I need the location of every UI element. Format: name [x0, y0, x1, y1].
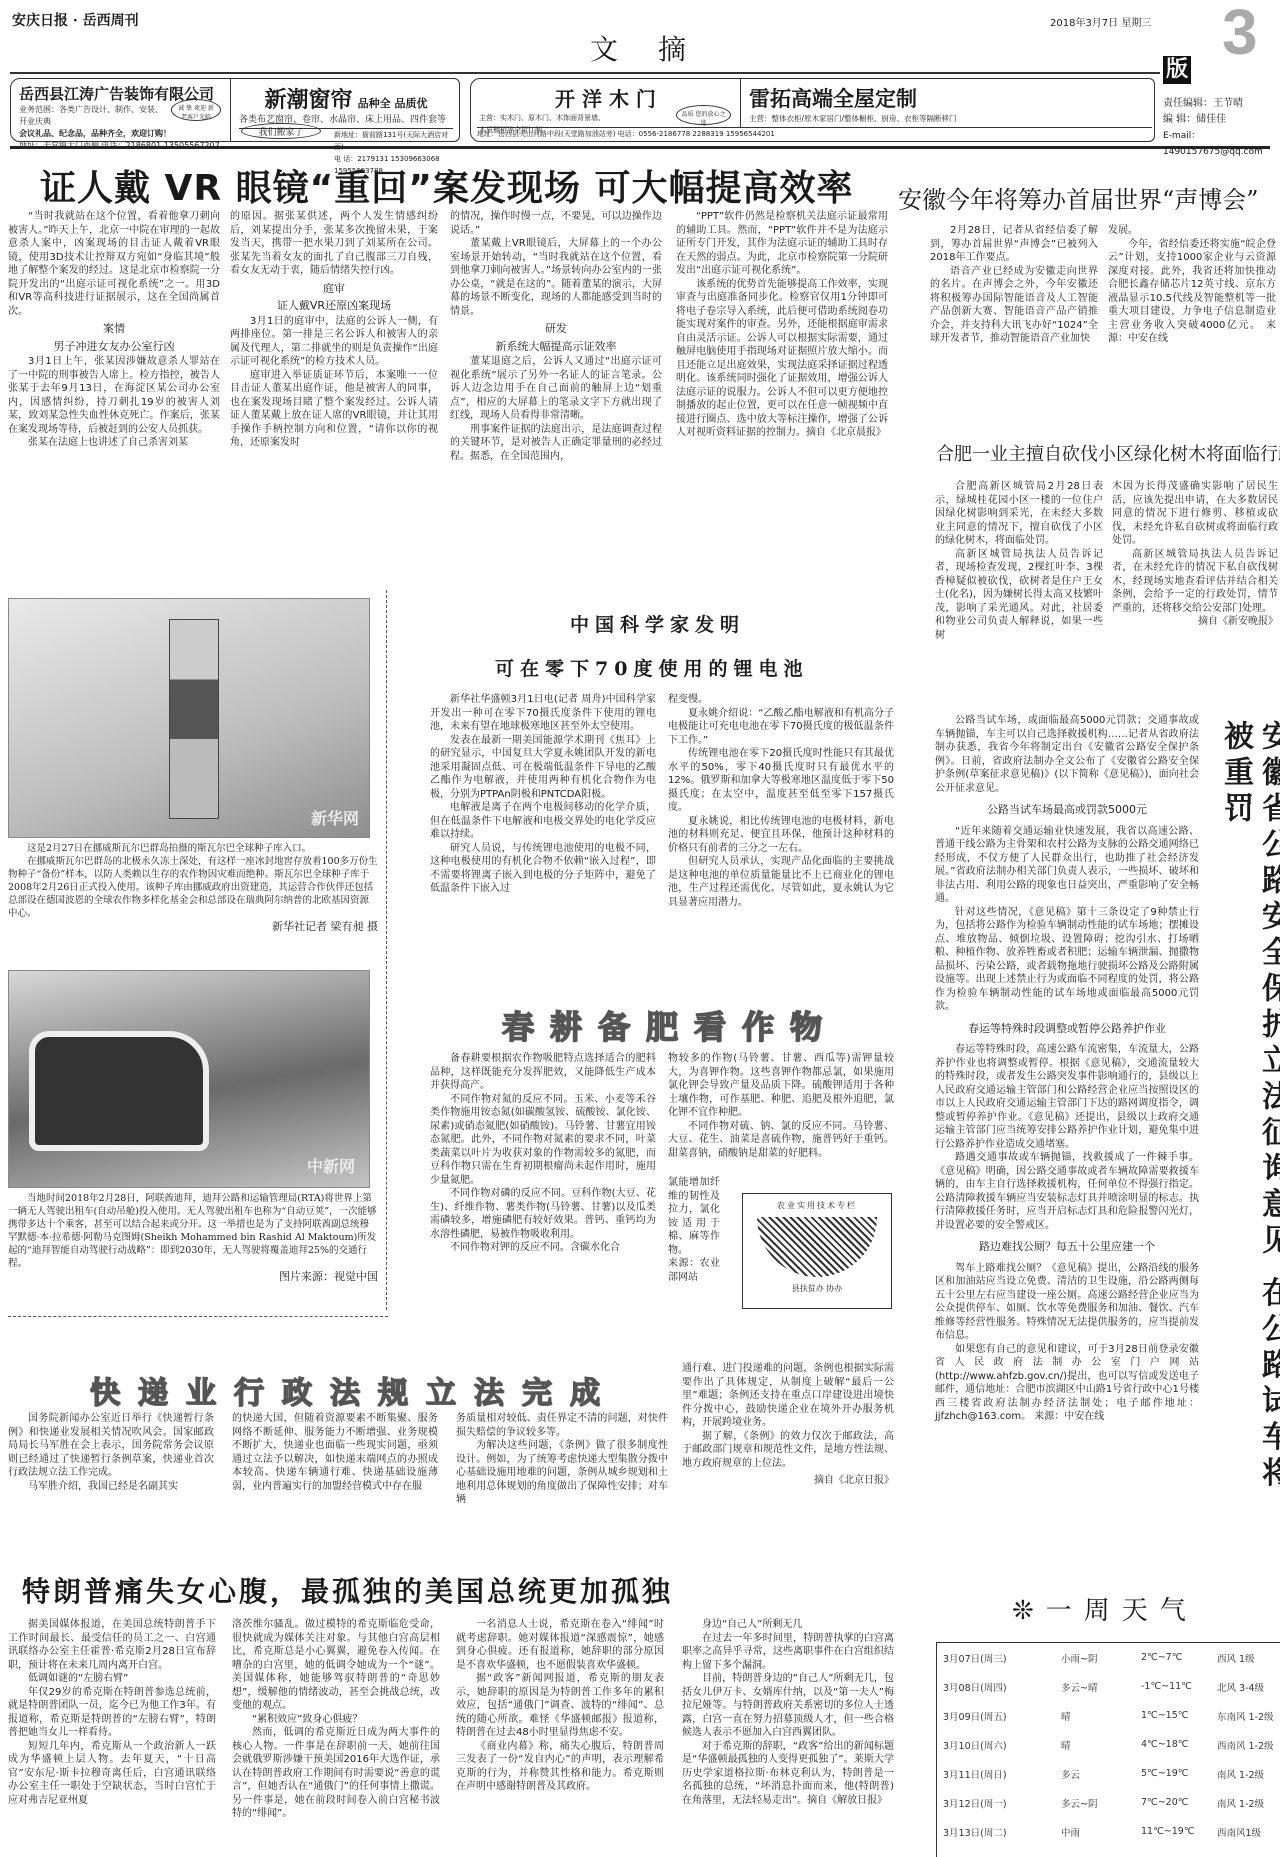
paragraph: 不同作物对氮的反应不同。玉米、小麦等禾谷类作物施用铵态氮(如碳酸氢铵、硫酸铵、氯… [430, 1093, 656, 1188]
seed-vault-caption: 这是2月27日在挪威斯瓦尔巴群岛拍摄的斯瓦尔巴全球种子库入口。 在挪威斯瓦尔巴群… [8, 842, 378, 933]
trump-col-4: 身边“自己人”所剩无几 在过去一年多时间里，特朗普执掌的白宫离职率之高异乎寻常，… [682, 1618, 894, 1807]
paragraph: 刑事案件证据的法庭出示，是法庭调查过程的关键环节，是对被告人正确定罪量刑的必经过… [450, 423, 662, 464]
page-number: 3 [1222, 0, 1258, 64]
vr-col-1: “当时我就站在这个位置，看着他拿刀刺向被害人。”昨天上午，北京一中院在审理的一起… [8, 210, 220, 450]
paragraph: 程变慢。 [668, 693, 894, 707]
paragraph: 据美国媒体报道，在美国总统特朗普手下工作时间最长、最受信任的员工之一、白宫通讯联… [8, 1618, 216, 1672]
paragraph: 高新区城管局执法人员告诉记者，现场检查发现，2棵红叶李、3棵香樟疑似被砍伐，砍树… [935, 548, 1103, 643]
caption-text: 这是2月27日在挪威斯瓦尔巴群岛拍摄的斯瓦尔巴全球种子库入口。 [8, 842, 378, 855]
subhead: 证人戴VR还原凶案现场 [230, 299, 438, 313]
weather-row: 3月08日(周四)多云~晴-1℃~11℃北风 3-4级 [937, 1672, 1274, 1701]
seed-vault-photo: 新华网 [8, 598, 370, 838]
paragraph: 合肥高新区城管局2月28日表示，绿城桂花园小区一楼的一位住户因绿化树影响到采光，… [935, 480, 1103, 548]
fertilizer-col-2b: 氯能增加纤维的韧性及拉力，氯化铵适用于棉、麻等作物。 来源：农业部网站 [668, 1176, 720, 1284]
battery-col-1: 新华社华盛顿3月1日电(记者 周舟)中国科学家开发出一种可在零下70摄氏度条件下… [430, 693, 656, 896]
speech-bubble: 我们搬家了 [241, 123, 321, 139]
paragraph: 发展。 [1108, 224, 1276, 238]
paragraph: 不同作物对硫、钠、氯的反应不同。马铃薯、大豆、花生、油菜是喜硫作物，施普钙好于重… [668, 1120, 894, 1161]
battery-title-1: 中国科学家发明 [570, 610, 745, 637]
paragraph: 据“政客”新闻网报道，希克斯的朋友表示，她辞职的原因是为特朗普工作多年的累积效应… [456, 1672, 664, 1740]
road-vertical-headline: 安徽省公路安全保护立法征询意见 在公路试车将被重罚 [1216, 720, 1280, 1520]
road-article-body: 公路当试车场，或面临最高5000元罚款；交通事故或车辆抛锚，车主可以自己选择救援… [935, 714, 1199, 1424]
weather-table: 3月07日(周三)小雨~阴2℃~7℃西风 1级 3月08日(周四)多云~晴-1℃… [937, 1643, 1274, 1846]
subhead: 研发 [450, 322, 662, 336]
paragraph: 夏永姚说，相比传统锂电池的电极材料，新电池的材料则充足、便宜且环保，他预计这种材… [668, 815, 894, 856]
trump-col-2: 洛茨维尔骚乱。做过模特的希克斯临危受命，很快就成为媒体关注对象。与其他白宫高层相… [232, 1618, 440, 1821]
fertilizer-col-2: 物较多的作物(马铃薯、甘薯、西瓜等)需钾量较大，为喜钾作物。这些喜钾作物都忌氯，… [668, 1052, 894, 1160]
paragraph: 公路当试车场，或面临最高5000元罚款；交通事故或车辆抛锚，车主可以自己选择救援… [935, 714, 1199, 795]
speech-bubble: 诚 挚 欢迎 新 老客户光临 [171, 99, 221, 121]
agri-column-logo: 农业实用技术专栏 县扶贫办 协办 [742, 1193, 892, 1309]
speech-bubble: 品质 您的放心之选 [676, 105, 731, 125]
paragraph: 目前，特朗普身边的“自己人”所剩无几，包括女儿伊万卡、女婿库什纳，以及“第一夫人… [682, 1672, 894, 1740]
paragraph: 高新区城管局执法人员告诉记者，在未经允许的情况下私自砍伐树木，经现场实地查看评估… [1112, 548, 1278, 616]
paragraph: 对于希克斯的辞职，“政客”给出的新闻标题是“华盛顿最孤独的人变得更孤独了”。莱斯… [682, 1740, 894, 1808]
paragraph: 马军胜介绍，我国已经是名副其实 [8, 1480, 214, 1494]
photo-credit: 新华社记者 梁有昶 摄 [8, 920, 378, 933]
masthead-rule [10, 72, 1160, 74]
pod-caption: 当地时间2018年2月28日，阿联酋迪拜，迪拜公路和运输管理局(RTA)将世界上… [8, 1192, 378, 1283]
fertilizer-col-1: 备春耕要根据农作物吸肥特点选择适合的肥料品种，这样既能充分发挥肥效，又能降低生产… [430, 1052, 656, 1255]
subhead: “累积效应”致身心俱疲？ [232, 1713, 440, 1727]
paragraph: “近年来随着交通运输业快速发展，我省以高速公路、普通干线公路为主骨架和农村公路为… [935, 825, 1199, 906]
ad-address: 地址：岳西县天山河路中段(天堂路加油站旁) 电话：0556-2186778 22… [477, 127, 1152, 140]
vault-entrance-shape [169, 619, 219, 819]
weather-row: 3月13日(周二)中雨11℃~19℃西南风1级 [937, 1817, 1274, 1846]
paragraph: 研究人员说，与传统锂电池使用的电极不同，这种电极使用的有机化合物不依赖“嵌入过程… [430, 842, 656, 896]
farm-scene-illustration [757, 1217, 877, 1277]
subhead: 新系统大幅提高示证效率 [450, 340, 662, 354]
ad-strip-rule [10, 146, 1270, 149]
express-col-1: 国务院新闻办公室近日举行《快递暂行条例》和快递业发展相关情况吹风会。国家邮政局局… [8, 1412, 214, 1493]
caption-text: 在挪威斯瓦尔巴群岛的北极永久冻土深处，有这样一座冰封地窖存放着100多万份生物种… [8, 855, 378, 920]
ad-box-right: 开 洋 木 门 主营：实木门、原木门、木饰面背景墙、 木质橱柜等全屋订制 品质 … [470, 78, 1155, 142]
box-footer: 县扶贫办 协办 [743, 1283, 891, 1294]
paragraph: 然而，低调的希克斯近日成为两大事件的核心人物。一件事是在辞职前一天，她前往国会就… [232, 1726, 440, 1821]
fertilizer-title: 春耕备肥看作物 [502, 1002, 838, 1048]
battery-col-2: 程变慢。 夏永姚介绍说：“乙酸乙酯电解液和有机高分子电极能让可充电电池在零下70… [668, 693, 894, 909]
weather-table-box: 3月07日(周三)小雨~阴2℃~7℃西风 1级 3月08日(周四)多云~晴-1℃… [936, 1642, 1280, 1857]
paragraph: 不同作物对钾的反应不同。含碳水化合 [430, 1241, 656, 1255]
source: 来源：农业部网站 [668, 1257, 720, 1284]
watermark: 新华网 [311, 806, 359, 829]
paragraph: “PPT”软件仍然是检察机关法庭示证最常用的辅助工具。然而，“PPT”软件并不是… [676, 210, 888, 278]
express-col-2: 的快递大国，但随着资源要素不断集聚、服务网络不断延伸、服务能力不断增强、业务规模… [232, 1412, 438, 1493]
express-col-4: 通行难、进门投递难的问题，条例也根据实际需要作出了具体规定，从制度上破解“最后一… [682, 1362, 894, 1488]
vr-headline: 证人戴 VR 眼镜“重回”案发现场 可大幅提高效率 [40, 160, 854, 211]
trump-col-3: 一名消息人士说，希克斯在卷入“绯闻”时就考虑辞职。她对媒体报道“深感震惊”，她感… [456, 1618, 664, 1794]
box-title: 农业实用技术专栏 [743, 1200, 891, 1211]
trump-headline: 特朗普痛失女心腹，最孤独的美国总统更加孤独 [22, 1570, 673, 1610]
subhead: 庭审 [230, 282, 438, 296]
paragraph: 不同作物对磷的反应不同。豆科作物(大豆、花生)、纤维作物、薯类作物(马铃薯、甘薯… [430, 1187, 656, 1241]
ad-xinchao: 新潮窗帘 品种全 品质优 各类布艺窗帘、卷帘、水晶帘、床上用品、四件套等 我们搬… [231, 79, 461, 141]
paragraph: 3月1日上午，张某因涉嫌故意杀人罪站在了一中院的刑事被告人席上。检方指控，被告人… [8, 355, 220, 436]
ad-kaiyang: 开 洋 木 门 主营：实木门、原木门、木饰面背景墙、 木质橱柜等全屋订制 品质 … [471, 79, 741, 127]
voice-col-2: 发展。 今年，省经信委还将实施“皖企登云”计划，支持1000家企业与云资源深度对… [1108, 224, 1276, 346]
paragraph: 针对这些情况，《意见稿》第十三条设定了9种禁止行为，包括将公路作为检验车辆制动性… [935, 906, 1199, 1014]
section-title: 文摘 [590, 28, 726, 68]
paragraph: 国务院新闻办公室近日举行《快递暂行条例》和快递业发展相关情况吹风会。国家邮政局局… [8, 1412, 214, 1480]
photo-bottom-divider [8, 1316, 388, 1317]
paragraph: 木因为长得茂盛确实影响了居民生活，应该先提出申请，在大多数居民同意的情况下进行修… [1112, 480, 1278, 548]
editor: 编 辑：储佳佳 [1163, 112, 1280, 128]
weather-row: 3月07日(周三)小雨~阴2℃~7℃西风 1级 [937, 1643, 1274, 1672]
paragraph: 的快递大国，但随着资源要素不断集聚、服务网络不断延伸、服务能力不断增强、业务规模… [232, 1412, 438, 1493]
battery-title-2: 可在零下70度使用的锂电池 [495, 654, 808, 681]
voice-col-1: 2月28日，记者从省经信委了解到，筹办首届世界“声博会”已被列入2018年工作要… [930, 224, 1098, 346]
caption-text: 当地时间2018年2月28日，阿联酋迪拜，迪拜公路和运输管理局(RTA)将世界上… [8, 1192, 378, 1270]
paragraph: 该系统的优势首先能够提高工作效率，实现审查与出庭准备同步化。检察官仅用1分钟即可… [676, 278, 888, 440]
paragraph: 3月1日的庭审中，法庭的公诉人一侧，有两排座位。第一排是三名公诉人和被害人的亲属… [230, 315, 438, 369]
paragraph: 通行难、进门投递难的问题，条例也根据实际需要作出了具体规定，从制度上破解“最后一… [682, 1362, 894, 1430]
weather-row: 3月10日(周六)晴4℃~18℃西南风 1-2级 [937, 1730, 1274, 1759]
paragraph: 发表在最新一期美国能源学术期刊《焦耳》上的研究显示，中国复旦大学夏永姚团队开发的… [430, 734, 656, 802]
subhead: 身边“自己人”所剩无几 [682, 1618, 894, 1632]
paragraph: 但研究人员承认，实现产品化面临的主要挑战是这种电池的单位质量能量比不上已商业化的… [668, 855, 894, 909]
paragraph: 庭审进入举证质证环节后，本案唯一一位目击证人董某出庭作证，他是被害人的同事，也在… [230, 369, 438, 450]
vr-col-2: 的原因。据张某供述，两个人发生情感纠纷后，刘某提出分手，张某多次挽留未果，于案发… [230, 210, 438, 450]
vr-col-4: “PPT”软件仍然是检察机关法庭示证最常用的辅助工具。然而，“PPT”软件并不是… [676, 210, 888, 440]
photo-column-divider [386, 590, 387, 1310]
ad-tag: 品种全 品质优 [358, 97, 428, 110]
snowflake-icon: ❊ [1012, 1596, 1046, 1626]
paragraph: 如果您有自己的意见和建议，可于3月28日前登录安徽省人民政府法制办公室门户网站(… [935, 1343, 1199, 1424]
voice-expo-headline: 安徽今年将筹办首届世界“声博会” [898, 180, 1259, 215]
paragraph: 的原因。据张某供述，两个人发生情感纠纷后，刘某提出分手，张某多次挽留未果，于案发… [230, 210, 438, 278]
editor-in-charge: 责任编辑：王节晴 [1163, 96, 1280, 112]
paragraph: 董某退庭之后，公诉人又通过“出庭示证可视化系统”展示了另外一名证人的证言笔录。公… [450, 355, 662, 423]
ad-title: 雷拓高端全屋定制 [749, 83, 1148, 113]
paragraph: 据了解，《条例》的效力仅次于邮政法，高于邮政部门规章和规范性文件，是地方性法规、… [682, 1430, 894, 1471]
hefei-col-2: 木因为长得茂盛确实影响了居民生活，应该先提出申请，在大多数居民同意的情况下进行修… [1112, 480, 1278, 629]
newspaper-name: 安庆日报 · 岳西周刊 [12, 10, 139, 30]
paragraph: 路遇交通事故或车辆抛锚，找救援成了一件棘手事。《意见稿》明确，因公路交通事故或者… [935, 1151, 1199, 1232]
paragraph: 语音产业已经成为安徽走向世界的名片。在声博会之外，今年安徽还将积极筹办国际智能语… [930, 265, 1098, 346]
paragraph: 短短几年内，希克斯从一个政治新人一跃成为华盛顿上层人物。去年夏天，“十日高官”安… [8, 1740, 216, 1808]
ad-line: 主营：整体衣柜/原木家居门/整体橱柜、厨房、衣柜等隔断移门 [749, 113, 1148, 125]
weather-row: 3月11日(周日)多云5℃~19℃南风 1-2级 [937, 1759, 1274, 1788]
paragraph: 一名消息人士说，希克斯在卷入“绯闻”时就考虑辞职。她对媒体报道“深感震惊”，她感… [456, 1618, 664, 1672]
vr-col-3: 的情况，操作时慢一点，不要晃，可以边操作边说话。” 董某戴上VR眼镜后，大屏幕上… [450, 210, 662, 463]
ad-line: 新地址：衙前路131号(天际大酒店对面) [334, 129, 453, 153]
paragraph: 氯能增加纤维的韧性及拉力，氯化铵适用于棉、麻等作物。 [668, 1176, 720, 1257]
hefei-col-1: 合肥高新区城管局2月28日表示，绿城桂花园小区一楼的一位住户因绿化树影响到采光，… [935, 480, 1103, 642]
paragraph: 为解决这些问题，《条例》做了很多制度性设计。例如，为了统筹考虑快递大型集散分拨中… [456, 1439, 668, 1507]
ad-box-left: 岳西县江涛广告装饰有限公司 业务范围：各类广告设计、制作、安装、开业庆典 会议礼… [10, 78, 460, 142]
ad-title: 新潮窗帘 [265, 87, 353, 113]
paragraph: 新华社华盛顿3月1日电(记者 周舟)中国科学家开发出一种可在零下70摄氏度条件下… [430, 693, 656, 734]
subhead: 男子冲进女友办公室行凶 [8, 340, 220, 354]
subhead: 低调如谜的“左膀右臂” [8, 1672, 216, 1686]
paragraph: 夏永姚介绍说：“乙酸乙酯电解液和有机高分子电极能让可充电电池在零下70摄氏度的极… [668, 707, 894, 748]
paragraph: 在过去一年多时间里，特朗普执掌的白宫离职率之高异乎寻常，这些离职事件在白宫组织结… [682, 1632, 894, 1673]
source: 摘自《新安晚报》 [1112, 615, 1278, 629]
paragraph: 传统锂电池在零下20摄氏度时性能只有其最优水平的50%，零下40摄氏度时只有最优… [668, 747, 894, 815]
subhead: 公路当试车场最高或罚款5000元 [935, 803, 1199, 817]
paragraph: 张某在法庭上也讲述了自己杀害刘某 [8, 436, 220, 450]
weather-heading: ❊一周天气 [1012, 1590, 1198, 1627]
express-col-3: 务质量相对较低、责任界定不清的问题，对快件损失赔偿的争议较多等。 为解决这些问题… [456, 1412, 668, 1507]
paragraph: 2月28日，记者从省经信委了解到，筹办首届世界“声博会”已被列入2018年工作要… [930, 224, 1098, 265]
paragraph: 年仅29岁的希克斯在特朗普参选总统前，就是特朗普团队一员，迄今已为他工作3年。有… [8, 1686, 216, 1740]
paragraph: 春运等特殊时段，高速公路车流密集，车流量大，公路养护作业也将调整或暂停。根据《意… [935, 1043, 1199, 1151]
pod-shape [29, 1031, 209, 1151]
paragraph: 物较多的作物(马铃薯、甘薯、西瓜等)需钾量较大，为喜钾作物。这些喜钾作物都忌氯，… [668, 1052, 894, 1120]
weather-row: 3月12日(周一)多云~阴7℃~20℃南风 1-2级 [937, 1788, 1274, 1817]
hefei-headline: 合肥一业主擅自砍伐小区绿化树木将面临行政处罚 [936, 440, 1280, 466]
subhead: 案情 [8, 322, 220, 336]
ad-leituo: 雷拓高端全屋定制 主营：整体衣柜/原木家居门/整体橱柜、厨房、衣柜等隔断移门 [741, 79, 1156, 127]
paragraph: 《商业内幕》称，痛失心腹后，特朗普周三发表了一份“发自内心”的声明，表示理解希克… [456, 1740, 664, 1794]
subhead: 春运等特殊时段调整或暂停公路养护作业 [935, 1022, 1199, 1036]
autonomous-pod-photo: 中新网 [8, 970, 370, 1188]
subhead: 路边难找公厕？每五十公里应建一个 [935, 1240, 1199, 1254]
editor-email: E-mail：1490157675@qq.com [1163, 128, 1280, 160]
photo-credit: 图片来源：视觉中国 [8, 1270, 378, 1283]
express-title: 快递业行政法规立法完成 [90, 1368, 618, 1412]
paragraph: 洛茨维尔骚乱。做过模特的希克斯临危受命，很快就成为媒体关注对象。与其他白宫高层相… [232, 1618, 440, 1713]
paragraph: 务质量相对较低、责任界定不清的问题，对快件损失赔偿的争议较多等。 [456, 1412, 668, 1439]
trump-col-1: 据美国媒体报道，在美国总统特朗普手下工作时间最长、最受信任的员工之一、白宫通讯联… [8, 1618, 216, 1807]
watermark: 中新网 [307, 1154, 355, 1177]
ad-line: 会议礼品、纪念品，品种齐全，欢迎订购！ [19, 128, 222, 140]
source: 摘自《北京日报》 [682, 1474, 894, 1488]
paragraph: 董某戴上VR眼镜后，大屏幕上的一个办公室场景开始转动，“当时我就站在这个位置，看… [450, 237, 662, 318]
weather-title: 一周天气 [1046, 1596, 1198, 1626]
ad-line: 业务范围：各类广告设计、制作、安装、开业庆典 [19, 104, 169, 128]
paragraph: 备春耕要根据农作物吸肥特点选择适合的肥料品种，这样既能充分发挥肥效，又能降低生产… [430, 1052, 656, 1093]
paragraph: “当时我就站在这个位置，看着他拿刀刺向被害人。”昨天上午，北京一中院在审理的一起… [8, 210, 220, 318]
ad-jiangtao: 岳西县江涛广告装饰有限公司 业务范围：各类广告设计、制作、安装、开业庆典 会议礼… [11, 79, 231, 141]
paragraph: 的情况，操作时慢一点，不要晃，可以边操作边说话。” [450, 210, 662, 237]
paragraph: 今年，省经信委还将实施“皖企登云”计划，支持1000家企业与云资源深度对接。此外… [1108, 238, 1276, 346]
paragraph: 电解液是离子在两个电极间移动的化学介质，但在低温条件下电解液和电极交界处的电化学… [430, 801, 656, 842]
editor-info: 责任编辑：王节晴 编 辑：储佳佳 E-mail：1490157675@qq.co… [1163, 96, 1280, 160]
ban-label: 版 [1163, 56, 1191, 84]
paragraph: 驾车上路难找公厕？《意见稿》提出，公路沿线的服务区和加油站应当设立免费、清洁的卫… [935, 1262, 1199, 1343]
weather-row: 3月09日(周五)晴1℃~15℃东南风 1-2级 [937, 1701, 1274, 1730]
issue-date: 2018年3月7日 星期三 [1050, 14, 1151, 29]
